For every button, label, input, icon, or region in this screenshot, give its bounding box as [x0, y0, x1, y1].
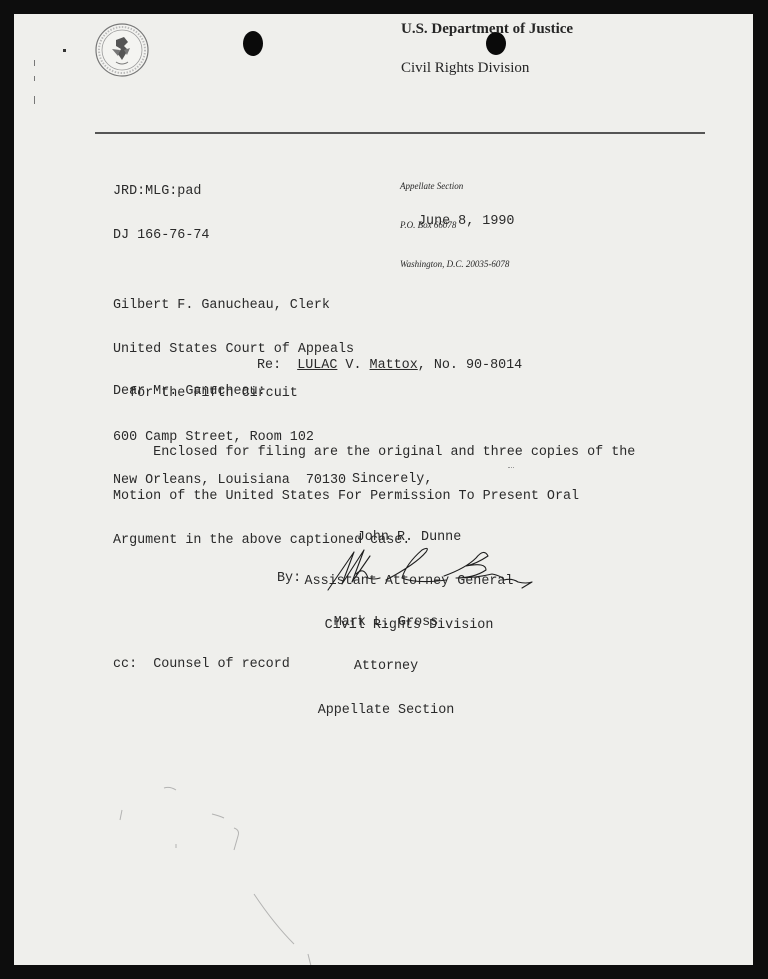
signatory-title: Attorney — [296, 660, 476, 675]
recipient-line: Gilbert F. Ganucheau, Clerk — [113, 299, 354, 314]
re-line: Re: LULAC V. Mattox, No. 90-8014 — [257, 359, 522, 374]
letterhead-divider — [95, 132, 705, 134]
letter-page: U.S. Department of Justice Civil Rights … — [14, 14, 753, 965]
stray-dots — [508, 467, 514, 469]
margin-mark — [34, 96, 35, 104]
re-case-number: , No. 90-8014 — [418, 358, 522, 373]
body-line: Enclosed for filing are the original and… — [113, 446, 635, 461]
department-name: U.S. Department of Justice — [401, 21, 573, 38]
re-label: Re: — [257, 358, 281, 373]
cc-line: cc: Counsel of record — [113, 658, 290, 673]
signatory-section: Appellate Section — [296, 704, 476, 719]
signatory-name: Mark L. Gross — [296, 616, 476, 631]
recipient-line: United States Court of Appeals — [113, 343, 354, 358]
letter-date: June 8, 1990 — [418, 215, 514, 230]
margin-mark — [63, 49, 66, 52]
sender-city: Washington, D.C. 20035-6078 — [400, 258, 509, 271]
margin-mark — [34, 60, 35, 66]
re-party2: Mattox — [370, 358, 418, 373]
sender-section: Appellate Section — [400, 180, 509, 193]
hole-punch — [243, 31, 263, 56]
re-party1: LULAC — [297, 358, 337, 373]
re-versus: V. — [337, 358, 369, 373]
division-name: Civil Rights Division — [401, 60, 529, 77]
cc-value: Counsel of record — [153, 657, 290, 672]
cc-label: cc: — [113, 657, 137, 672]
doj-seal-icon — [94, 22, 150, 78]
reference-file-number: DJ 166-76-74 — [113, 229, 209, 244]
reference-block: JRD:MLG:pad DJ 166-76-74 — [113, 156, 209, 273]
salutation: Dear Mr. Ganucheau: — [113, 385, 266, 400]
reference-initials: JRD:MLG:pad — [113, 185, 209, 200]
margin-mark — [34, 76, 35, 81]
signatory-block: Mark L. Gross Attorney Appellate Section — [296, 587, 476, 748]
by-label: By: — [277, 572, 301, 587]
paper-smudges — [94, 774, 494, 965]
closing: Sincerely, — [352, 473, 432, 488]
